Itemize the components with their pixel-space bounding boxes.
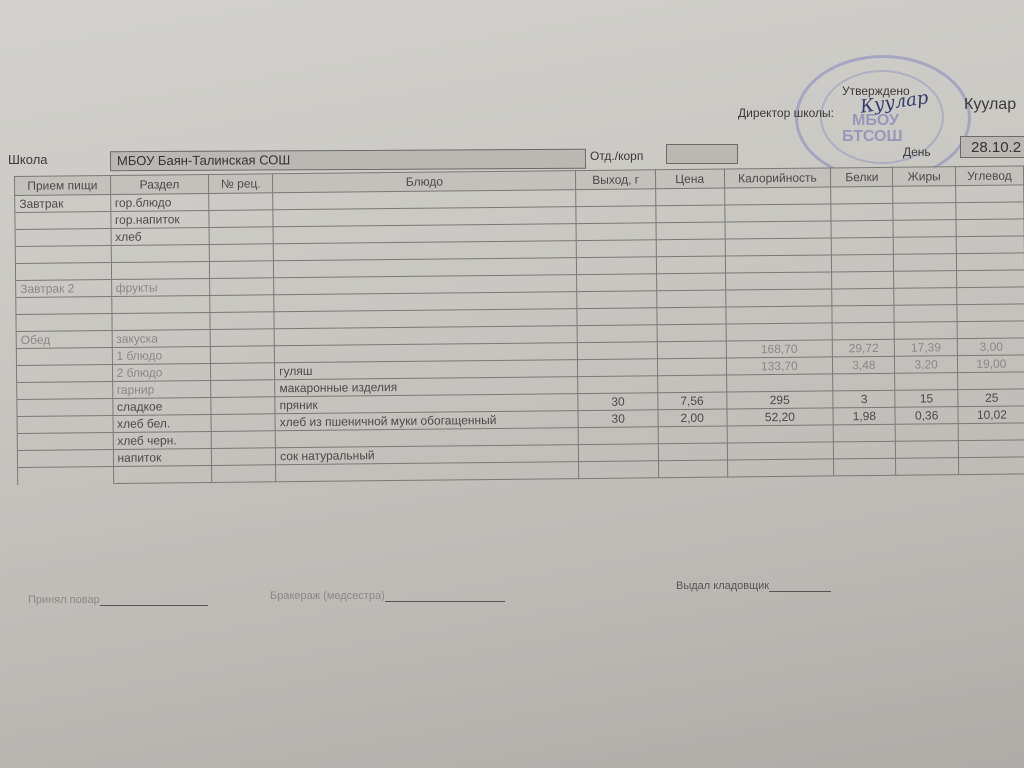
cell-prot: 29,72: [832, 339, 894, 357]
cell-section: [111, 261, 210, 279]
cell-rec: [211, 431, 275, 449]
day-label: День: [903, 145, 931, 159]
cell-meal: [18, 466, 114, 484]
cell-section: гарнир: [112, 380, 211, 398]
cell-rec: [209, 244, 273, 262]
cell-section: хлеб черн.: [113, 431, 212, 449]
cell-prot: [832, 254, 894, 272]
cell-price: [657, 375, 726, 393]
menu-table: Прием пищиРаздел№ рец.БлюдоВыход, гЦенаК…: [14, 165, 1024, 485]
cell-kcal: [725, 255, 832, 273]
cell-carb: [957, 372, 1024, 390]
cell-rec: [211, 363, 275, 381]
cell-out: [576, 189, 655, 207]
cell-meal: [16, 364, 112, 382]
cell-meal: [15, 262, 111, 280]
cell-prot: [831, 203, 893, 221]
cell-price: [658, 460, 727, 478]
cell-rec: [209, 227, 273, 245]
cell-meal: Завтрак 2: [16, 279, 112, 297]
cell-out: [578, 325, 657, 343]
cell-price: [658, 426, 727, 444]
cell-carb: [956, 287, 1024, 305]
cell-out: [576, 223, 655, 241]
cell-meal: [17, 381, 113, 399]
cell-out: [577, 291, 656, 309]
cell-out: [577, 308, 656, 326]
cell-meal: [16, 296, 112, 314]
day-field: 28.10.2: [960, 136, 1024, 158]
cell-rec: [210, 278, 274, 296]
cell-kcal: 52,20: [726, 408, 833, 426]
cell-rec: [210, 295, 274, 313]
cell-rec: [211, 414, 275, 432]
cell-section: [113, 465, 212, 483]
cell-prot: [833, 373, 895, 391]
cell-kcal: 295: [726, 391, 833, 409]
cell-meal: [17, 432, 113, 450]
cell-prot: [833, 424, 895, 442]
cell-rec: [211, 380, 275, 398]
cell-rec: [212, 448, 276, 466]
cell-carb: [958, 440, 1024, 458]
cell-carb: [958, 457, 1024, 475]
document-photo: МБОУ БТСОШ Утверждено Директор школы: Ку…: [0, 0, 1024, 768]
cell-meal: [17, 449, 113, 467]
cell-prot: 3,48: [833, 356, 895, 374]
cell-kcal: [726, 374, 833, 392]
cell-fat: [895, 322, 957, 340]
cell-prot: [831, 220, 893, 238]
cell-carb: 10,02: [958, 406, 1024, 424]
cell-rec: [211, 346, 275, 364]
cell-carb: 25: [958, 389, 1024, 407]
cell-fat: [896, 458, 958, 476]
cell-carb: [957, 321, 1024, 339]
cell-section: напиток: [113, 448, 212, 466]
cell-rec: [211, 397, 275, 415]
cell-rec: [209, 193, 273, 211]
cell-kcal: 168,70: [726, 340, 833, 358]
cell-out: [576, 206, 655, 224]
cell-price: [656, 239, 725, 257]
cell-out: [577, 274, 656, 292]
cell-rec: [212, 465, 276, 483]
storekeeper-signature-line: Выдал кладовщик: [676, 580, 831, 592]
cell-out: [579, 444, 658, 462]
cell-kcal: [725, 306, 832, 324]
cell-prot: [832, 305, 894, 323]
cell-fat: [894, 305, 956, 323]
cell-out: 30: [578, 393, 657, 411]
cell-price: [656, 256, 725, 274]
cell-meal: Обед: [16, 330, 112, 348]
cell-fat: [896, 424, 958, 442]
column-header: № рец.: [209, 174, 273, 194]
cell-carb: 19,00: [957, 355, 1024, 373]
cell-section: сладкое: [112, 397, 211, 415]
cell-section: 2 блюдо: [112, 363, 211, 381]
cell-prot: [831, 186, 893, 204]
school-label: Школа: [8, 152, 48, 167]
cell-price: [656, 290, 725, 308]
cell-section: хлеб: [111, 227, 210, 245]
cell-rec: [209, 210, 273, 228]
cell-carb: [956, 253, 1024, 271]
cell-section: гор.напиток: [110, 210, 209, 228]
school-value: МБОУ Баян-Талинская СОШ: [117, 152, 290, 168]
cell-meal: [17, 398, 113, 416]
dept-field: [666, 144, 738, 164]
cell-section: [111, 312, 210, 330]
cell-price: 2,00: [658, 409, 727, 427]
cell-fat: 17,39: [895, 339, 957, 357]
cell-price: [655, 188, 724, 206]
cell-section: [111, 244, 210, 262]
cell-fat: [895, 373, 957, 391]
cell-out: [577, 257, 656, 275]
cell-kcal: [727, 425, 834, 443]
cell-kcal: [726, 323, 833, 341]
cell-price: [657, 324, 726, 342]
cook-signature-line: Принял повар: [28, 594, 208, 606]
cell-meal: [16, 313, 112, 331]
cell-carb: 3,00: [957, 338, 1024, 356]
cell-fat: [896, 441, 958, 459]
cell-fat: [894, 288, 956, 306]
cell-meal: [17, 415, 113, 433]
cell-fat: [894, 271, 956, 289]
cell-section: 1 блюдо: [112, 346, 211, 364]
cell-carb: [956, 219, 1024, 237]
cell-price: [657, 307, 726, 325]
cell-prot: [834, 458, 896, 476]
cell-kcal: [724, 204, 831, 222]
cell-fat: [894, 254, 956, 272]
column-header: Белки: [831, 167, 893, 187]
cell-section: хлеб бел.: [113, 414, 212, 432]
cell-kcal: [725, 221, 832, 239]
cell-rec: [210, 329, 274, 347]
cell-price: [657, 358, 726, 376]
day-value: 28.10.2: [971, 139, 1021, 156]
cell-carb: [956, 270, 1024, 288]
stamp-text-2: БТСОШ: [842, 128, 903, 146]
cell-price: [656, 222, 725, 240]
cell-out: [578, 342, 657, 360]
cell-prot: 1,98: [833, 407, 895, 425]
column-header: Раздел: [110, 174, 209, 194]
dept-label: Отд./корп: [590, 149, 643, 163]
cell-dish: [276, 462, 579, 482]
cell-out: [577, 240, 656, 258]
cell-prot: [832, 322, 894, 340]
cell-kcal: [725, 289, 832, 307]
cell-fat: [893, 220, 955, 238]
cell-section: [111, 295, 210, 313]
cell-meal: [15, 245, 111, 263]
cell-prot: [834, 441, 896, 459]
cell-fat: [893, 203, 955, 221]
cell-carb: [955, 185, 1023, 203]
cell-price: [657, 341, 726, 359]
cell-section: гор.блюдо: [110, 193, 209, 211]
cell-prot: [832, 271, 894, 289]
column-header: Прием пищи: [15, 175, 111, 195]
column-header: Цена: [655, 169, 724, 189]
cell-price: [656, 205, 725, 223]
cell-kcal: [725, 238, 832, 256]
cell-rec: [210, 261, 274, 279]
cell-fat: 3,20: [895, 356, 957, 374]
director-label: Директор школы:: [738, 106, 834, 120]
column-header: Калорийность: [724, 168, 831, 188]
school-field: МБОУ Баян-Талинская СОШ: [110, 149, 586, 171]
brakerage-signature-line: Бракераж (медсестра): [270, 590, 505, 602]
cell-section: фрукты: [111, 278, 210, 296]
column-header: Выход, г: [576, 170, 655, 190]
cell-price: [658, 443, 727, 461]
cell-meal: Завтрак: [15, 194, 111, 212]
cook-label: Принял повар: [28, 594, 100, 606]
cell-carb: [958, 423, 1024, 441]
director-name: Куулар: [964, 96, 1016, 114]
cell-fat: [894, 237, 956, 255]
cell-kcal: [724, 187, 831, 205]
cell-kcal: [727, 442, 834, 460]
cell-prot: [832, 288, 894, 306]
cell-prot: [831, 237, 893, 255]
cell-fat: 0,36: [895, 407, 957, 425]
cell-out: [578, 359, 657, 377]
cell-meal: [15, 211, 111, 229]
cell-price: [656, 273, 725, 291]
cell-carb: [956, 202, 1024, 220]
cell-carb: [956, 236, 1024, 254]
cell-kcal: [727, 459, 834, 477]
column-header: Жиры: [893, 167, 955, 187]
cell-carb: [957, 304, 1024, 322]
cell-kcal: [725, 272, 832, 290]
cell-out: [579, 427, 658, 445]
cell-rec: [210, 312, 274, 330]
cell-out: [579, 461, 658, 479]
cell-section: закуска: [112, 329, 211, 347]
cell-fat: 15: [895, 390, 957, 408]
cell-fat: [893, 186, 955, 204]
cell-prot: 3: [833, 390, 895, 408]
cell-meal: [15, 228, 111, 246]
cell-out: 30: [578, 410, 657, 428]
cell-meal: [16, 347, 112, 365]
cell-price: 7,56: [658, 392, 727, 410]
cell-out: [578, 376, 657, 394]
brakerage-label: Бракераж (медсестра): [270, 590, 385, 602]
column-header: Углевод: [955, 166, 1023, 186]
cell-kcal: 133,70: [726, 357, 833, 375]
storekeeper-label: Выдал кладовщик: [676, 580, 769, 592]
